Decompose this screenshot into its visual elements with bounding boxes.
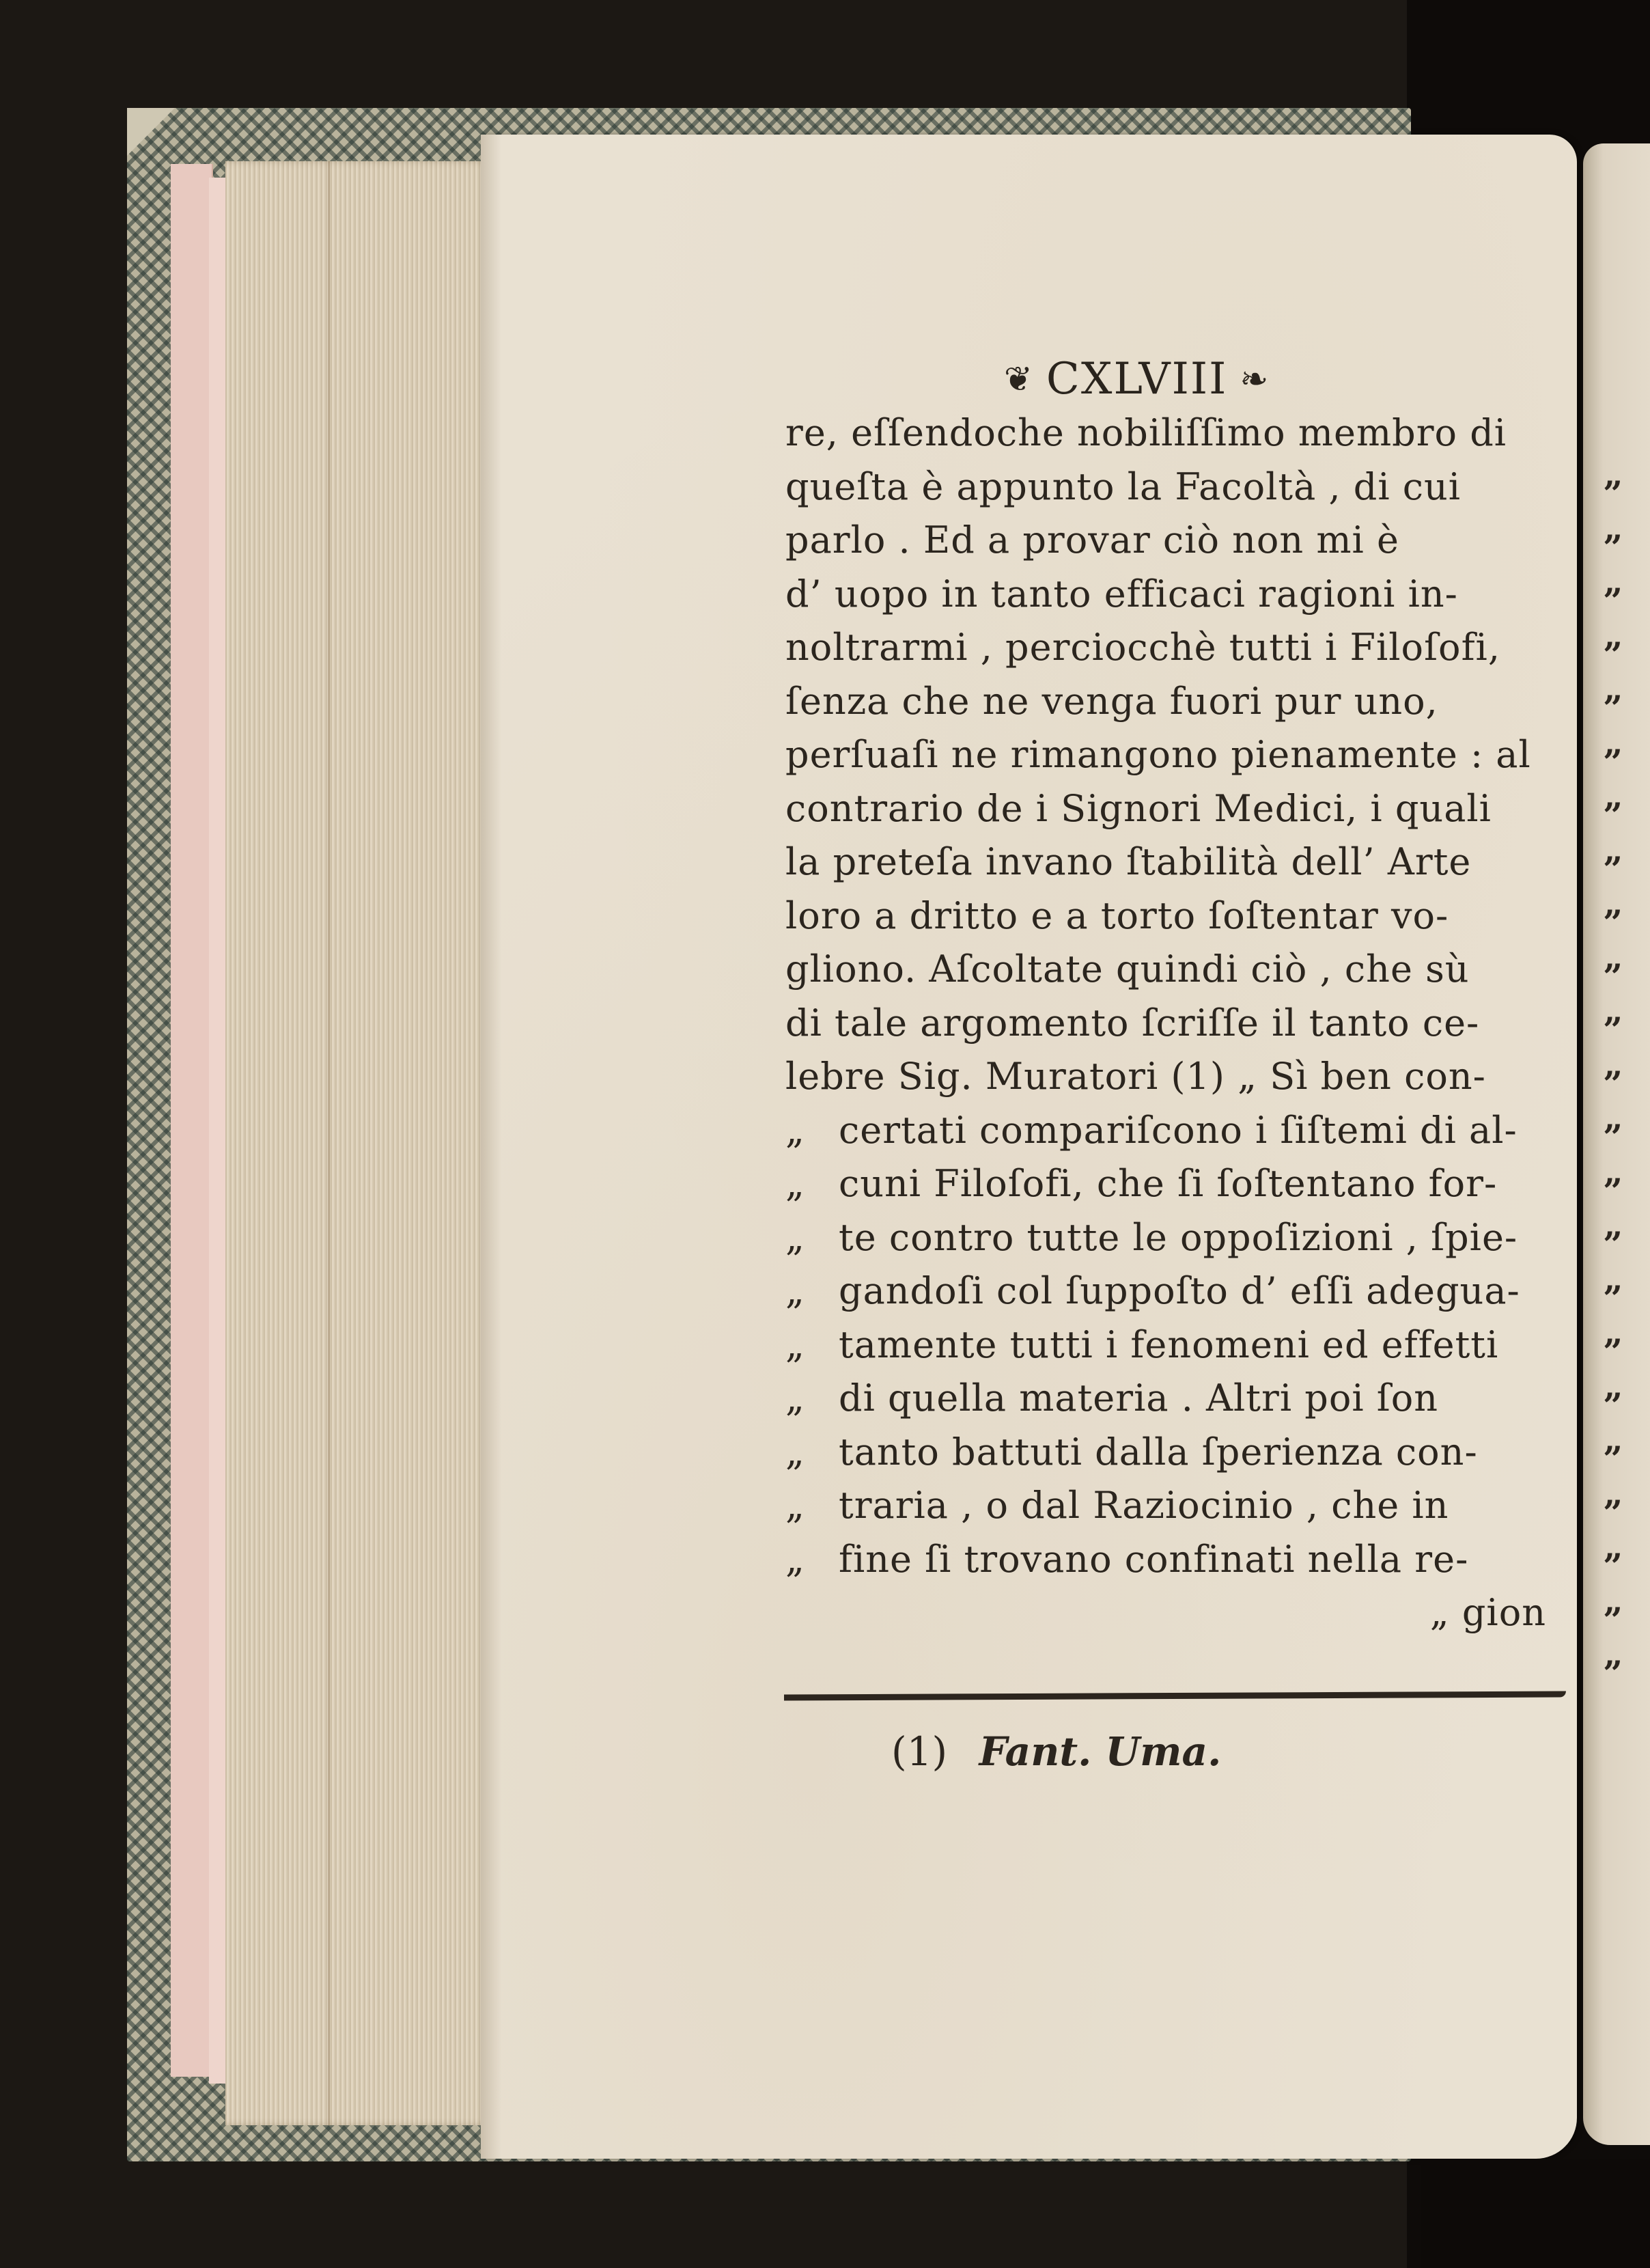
- quoted-line: „traria , o dal Raziocinio , che in: [785, 1479, 1571, 1533]
- quote-mark: „: [1604, 555, 1650, 609]
- quote-mark: „: [785, 1318, 839, 1372]
- text-line: loro a dritto e a torto ſoſtentar vo-: [785, 889, 1571, 943]
- gutter-shadow: [481, 135, 501, 2159]
- quote-mark: „: [1604, 1627, 1650, 1681]
- footnote-ref: (1): [891, 1728, 947, 1775]
- text-line: queſta è appunto la Facoltà , di cui: [785, 460, 1571, 514]
- quote-mark: „: [1604, 1467, 1650, 1521]
- quote-mark: „: [785, 1533, 839, 1587]
- footnote: (1) Fant. Uma.: [891, 1728, 1221, 1775]
- text-line: la preteſa invano ſtabilità dell’ Arte: [785, 835, 1571, 889]
- left-fleuron-icon: ❦: [1004, 359, 1034, 399]
- quoted-line: „fine ſi trovano confinati nella re-: [785, 1533, 1571, 1587]
- quote-mark: „: [1604, 1091, 1650, 1145]
- quote-mark: „: [1604, 501, 1650, 555]
- quote-mark: „: [1604, 1305, 1650, 1359]
- dark-background-bottom: [1421, 2159, 1650, 2268]
- text-line: re, eſſendoche nobiliſſimo membro di: [785, 406, 1571, 460]
- quote-mark: „: [1604, 1145, 1650, 1199]
- quoted-line: „gandoſi col ſuppoſto d’ eſſi adegua-: [785, 1264, 1571, 1318]
- quote-mark: „: [1604, 1038, 1650, 1092]
- quote-mark: „: [1604, 769, 1650, 823]
- quote-mark: „: [1604, 1574, 1650, 1628]
- endpaper-flyleaf: [209, 178, 225, 2084]
- text-line: contrario de i Signori Medici, i quali: [785, 782, 1571, 836]
- quoted-line: „tanto battuti dalla ſperienza con-: [785, 1426, 1571, 1480]
- right-fleuron-icon: ❧: [1240, 359, 1270, 399]
- quote-mark: „: [1604, 1413, 1650, 1467]
- pink-endpaper: [171, 164, 213, 2077]
- quoted-line: „di quella materia . Altri poi ſon: [785, 1372, 1571, 1426]
- quote-mark: „: [785, 1264, 839, 1318]
- text-line: ſenza che ne venga fuori pur uno,: [785, 675, 1571, 729]
- quote-mark: „: [1604, 447, 1650, 501]
- quote-mark: „: [1604, 1198, 1650, 1252]
- page-edges-stack: [225, 161, 492, 2125]
- page-number: CXLVIII: [1046, 354, 1228, 404]
- quote-mark: „: [785, 1211, 839, 1265]
- quote-mark: „: [1604, 716, 1650, 770]
- quoted-line: „cuni Filoſofi, che ſi ſoſtentano for-: [785, 1157, 1571, 1211]
- text-line: noltrarmi , perciocchè tutti i Filoſofi,: [785, 621, 1571, 675]
- quote-mark: „: [1604, 662, 1650, 716]
- page-header: ❦ CXLVIII ❧: [1004, 352, 1270, 406]
- footnote-text: Fant. Uma.: [979, 1728, 1222, 1775]
- quote-mark: „: [1604, 876, 1650, 930]
- quote-mark: „: [785, 1372, 839, 1426]
- text-line: gliono. Aſcoltate quindi ciò , che sù: [785, 943, 1571, 997]
- quote-mark: „: [785, 1104, 839, 1158]
- text-line: di tale argomento ſcriſſe il tanto ce-: [785, 997, 1571, 1051]
- page-body-text: re, eſſendoche nobiliſſimo membro di que…: [785, 406, 1571, 1640]
- quote-mark: „: [1604, 1252, 1650, 1306]
- quote-mark: „: [785, 1479, 839, 1533]
- quote-mark: „: [1604, 609, 1650, 663]
- quote-mark: „: [1604, 1520, 1650, 1574]
- quote-mark: „: [1604, 930, 1650, 984]
- quote-mark: „: [785, 1157, 839, 1211]
- quote-mark: „: [785, 1426, 839, 1480]
- quoted-line: „certati compariſcono i ſiſtemi di al-: [785, 1104, 1571, 1158]
- text-line: perſuaſi ne rimangono pienamente : al: [785, 728, 1571, 782]
- quoted-line: „te contro tutte le oppoſizioni , ſpie-: [785, 1211, 1571, 1265]
- quoted-line: „tamente tutti i fenomeni ed effetti: [785, 1318, 1571, 1372]
- quote-mark: „: [1604, 1359, 1650, 1413]
- text-line: parlo . Ed a provar ciò non mi è: [785, 514, 1571, 568]
- facing-page-quote-marks: „ „ „ „ „ „ „ „ „ „ „ „ „ „ „ „ „ „ „ „ …: [1604, 447, 1650, 1681]
- quote-mark: „: [1604, 823, 1650, 877]
- text-line: lebre Sig. Muratori (1) „ Sì ben con-: [785, 1050, 1571, 1104]
- catchword: „ gion: [785, 1586, 1571, 1640]
- text-line: d’ uopo in tanto efficaci ragioni in-: [785, 568, 1571, 622]
- quote-mark: „: [1604, 984, 1650, 1038]
